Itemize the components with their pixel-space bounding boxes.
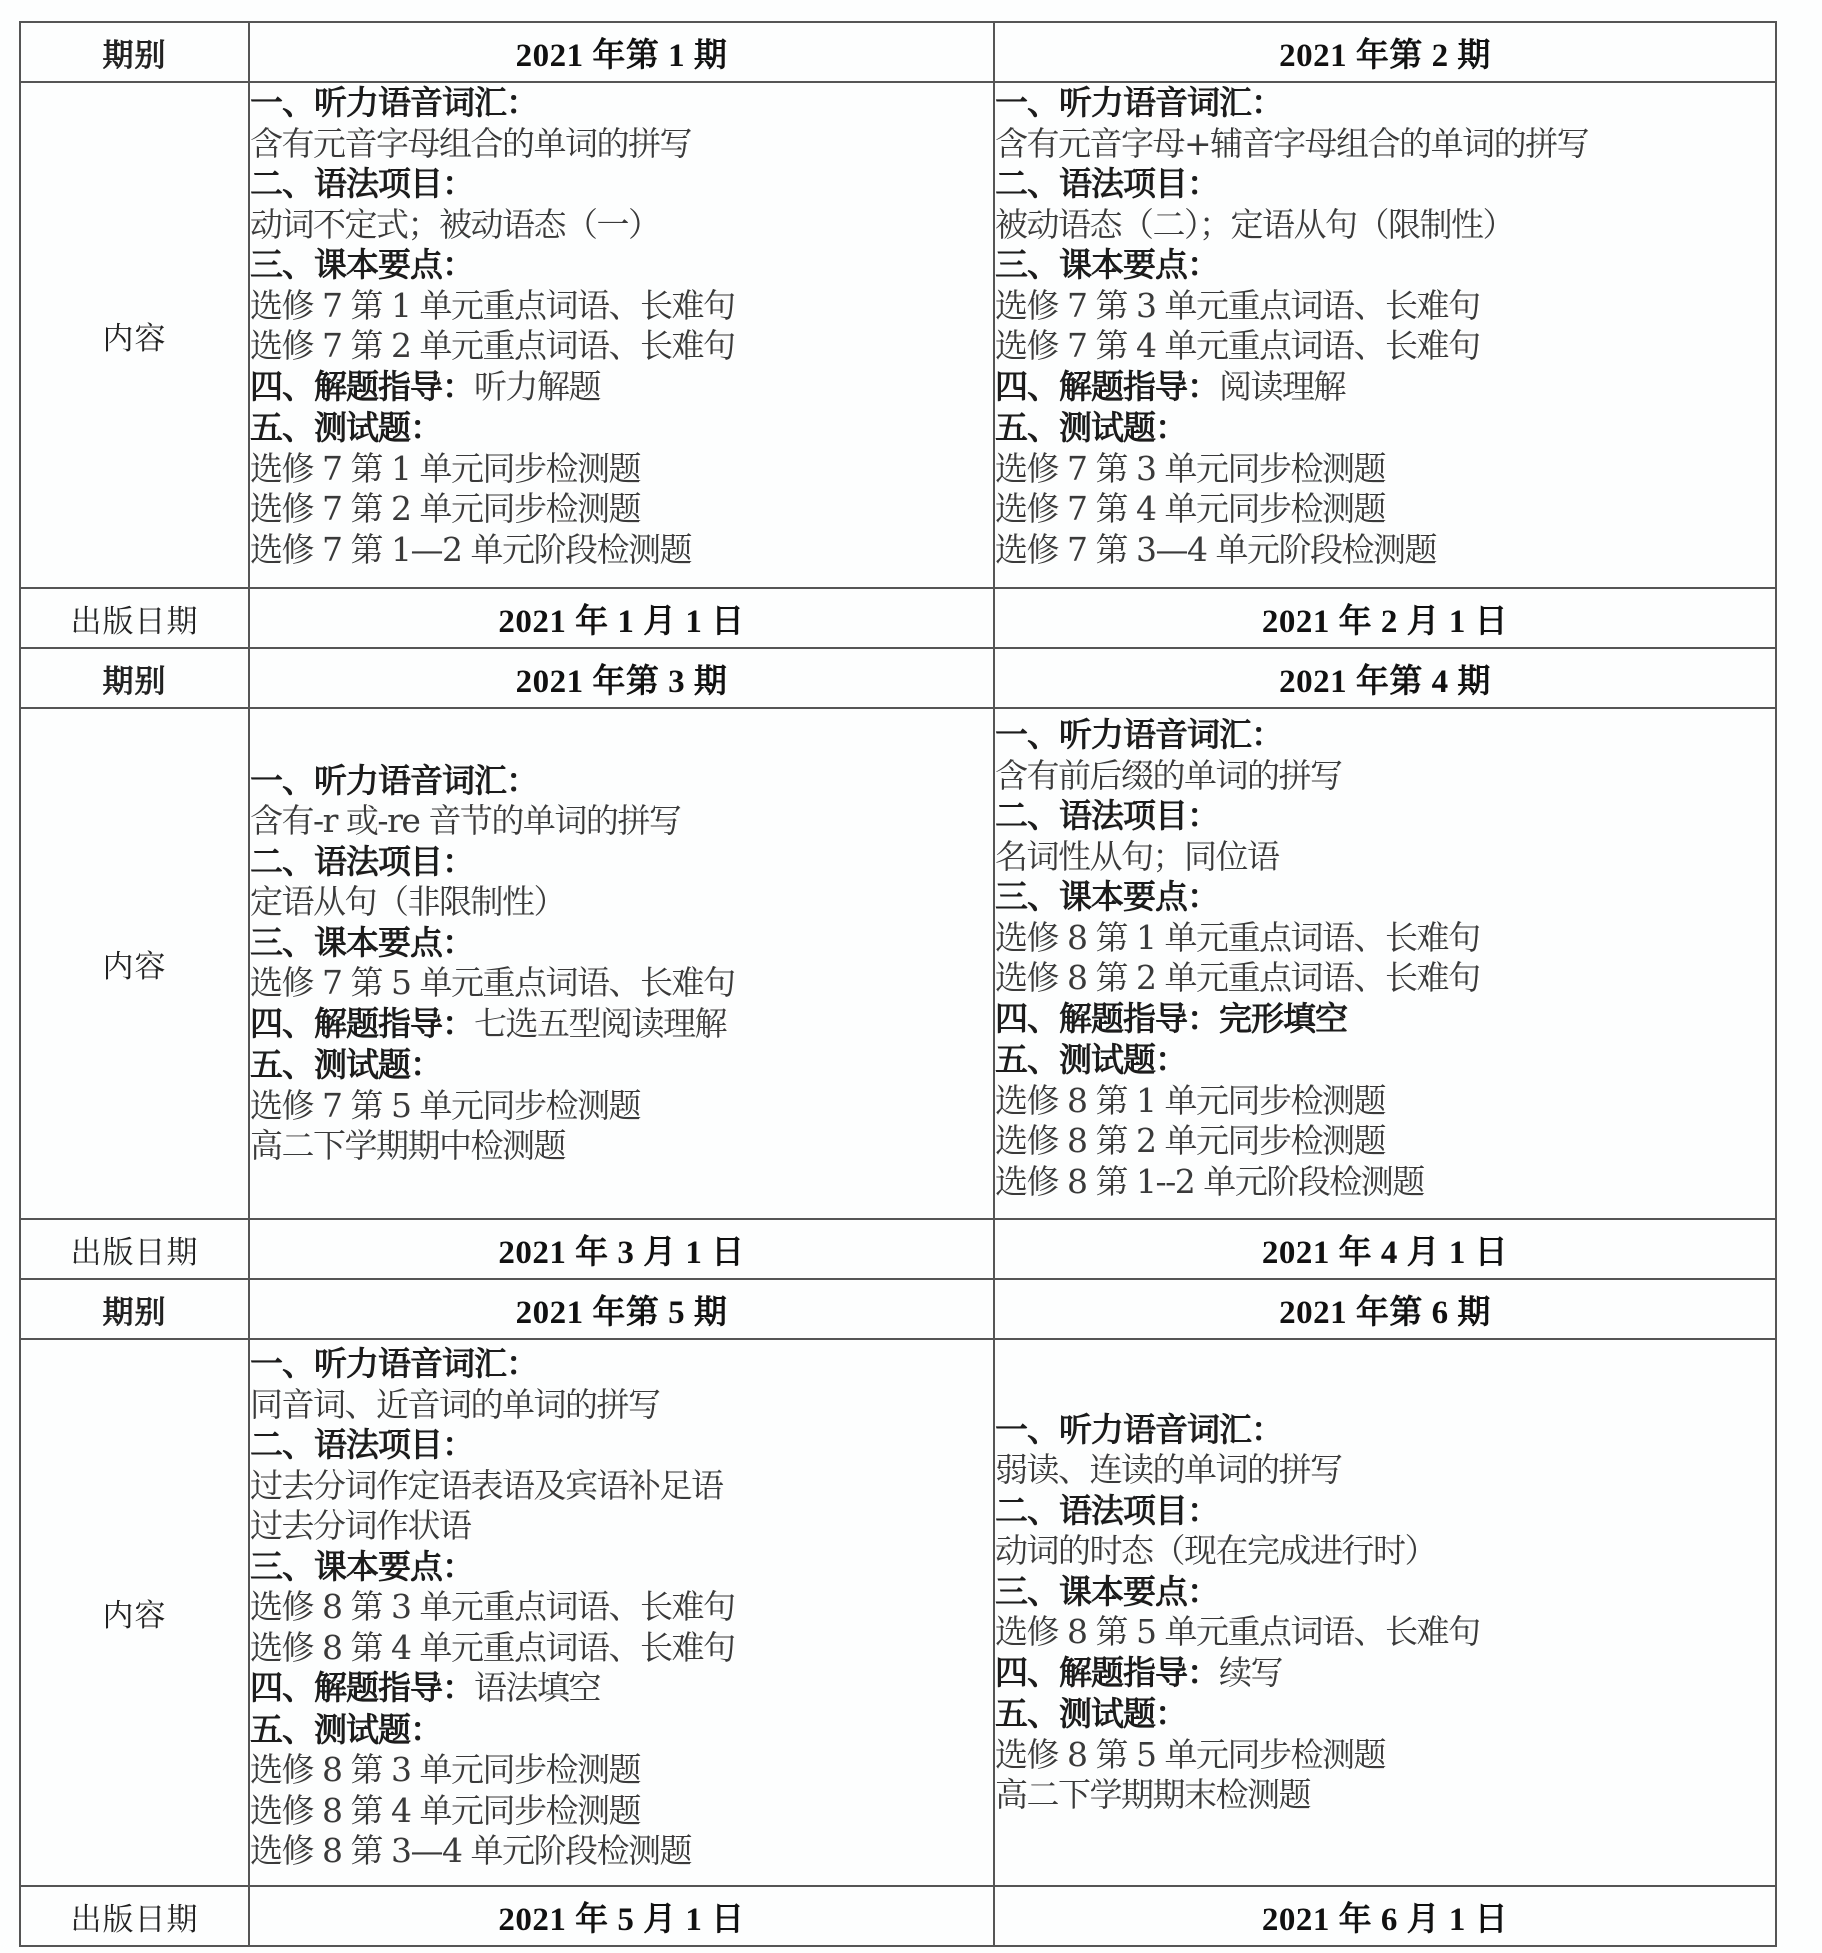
content-label: 内容: [20, 1339, 249, 1886]
guide-value: 续写: [1219, 1653, 1282, 1692]
section-heading-guide: 四、解题指导：: [995, 999, 1219, 1038]
test-item: 选修 7 第 1 单元同步检测题: [250, 449, 993, 490]
section-heading-textbook: 三、课本要点：: [250, 245, 993, 286]
guide-value: 听力解题: [474, 367, 600, 406]
publish-date-label: 出版日期: [20, 1886, 249, 1946]
period-label: 期别: [20, 1279, 249, 1339]
guide-line: 四、解题指导：完形填空: [995, 999, 1775, 1041]
period-left: 2021 年第 5 期: [249, 1279, 994, 1339]
test-item: 选修 8 第 5 单元同步检测题: [995, 1735, 1775, 1776]
period-right: 2021 年第 2 期: [994, 22, 1776, 82]
test-item: 选修 7 第 2 单元同步检测题: [250, 489, 993, 530]
guide-value: 完形填空: [1219, 999, 1347, 1038]
guide-line: 四、解题指导：听力解题: [250, 367, 993, 409]
publication-schedule-table: 期别 2021 年第 1 期 2021 年第 2 期 内容 一、听力语音词汇：含…: [19, 21, 1777, 1947]
content-row: 内容 一、听力语音词汇：含有元音字母组合的单词的拼写二、语法项目：动词不定式；被…: [20, 82, 1776, 588]
publish-date-label: 出版日期: [20, 588, 249, 648]
test-item: 选修 8 第 3—4 单元阶段检测题: [250, 1831, 993, 1872]
publish-date-left: 2021 年 5 月 1 日: [249, 1886, 994, 1946]
section-heading-listening: 一、听力语音词汇：: [995, 83, 1775, 124]
section-heading-test: 五、测试题：: [995, 408, 1775, 449]
content-right: 一、听力语音词汇：弱读、连读的单词的拼写二、语法项目：动词的时态（现在完成进行时…: [994, 1339, 1776, 1886]
textbook-item: 选修 7 第 4 单元重点词语、长难句: [995, 326, 1775, 367]
date-row: 出版日期 2021 年 5 月 1 日 2021 年 6 月 1 日: [20, 1886, 1776, 1946]
test-item: 选修 7 第 3 单元同步检测题: [995, 449, 1775, 490]
grammar-item: 动词的时态（现在完成进行时）: [995, 1531, 1775, 1572]
period-row: 期别 2021 年第 5 期 2021 年第 6 期: [20, 1279, 1776, 1339]
section-heading-test: 五、测试题：: [995, 1694, 1775, 1735]
section-heading-textbook: 三、课本要点：: [250, 1547, 993, 1588]
section-heading-listening: 一、听力语音词汇：: [250, 761, 993, 802]
test-item: 选修 8 第 2 单元同步检测题: [995, 1121, 1775, 1162]
content-left: 一、听力语音词汇：含有-r 或-re 音节的单词的拼写二、语法项目：定语从句（非…: [249, 708, 994, 1219]
publish-date-right: 2021 年 2 月 1 日: [994, 588, 1776, 648]
test-item: 选修 7 第 4 单元同步检测题: [995, 489, 1775, 530]
textbook-item: 选修 7 第 5 单元重点词语、长难句: [250, 963, 993, 1004]
period-right: 2021 年第 6 期: [994, 1279, 1776, 1339]
listening-item: 含有-r 或-re 音节的单词的拼写: [250, 801, 993, 842]
listening-item: 含有前后缀的单词的拼写: [995, 756, 1775, 797]
grammar-item: 动词不定式；被动语态（一）: [250, 205, 993, 246]
date-row: 出版日期 2021 年 3 月 1 日 2021 年 4 月 1 日: [20, 1219, 1776, 1279]
guide-line: 四、解题指导：阅读理解: [995, 367, 1775, 409]
publish-date-right: 2021 年 4 月 1 日: [994, 1219, 1776, 1279]
section-heading-grammar: 二、语法项目：: [250, 1425, 993, 1466]
period-right: 2021 年第 4 期: [994, 648, 1776, 708]
section-heading-grammar: 二、语法项目：: [250, 842, 993, 883]
section-heading-test: 五、测试题：: [250, 408, 993, 449]
content-right: 一、听力语音词汇：含有元音字母+辅音字母组合的单词的拼写二、语法项目：被动语态（…: [994, 82, 1776, 588]
test-item: 高二下学期期末检测题: [995, 1775, 1775, 1816]
section-heading-textbook: 三、课本要点：: [250, 923, 993, 964]
section-heading-grammar: 二、语法项目：: [995, 796, 1775, 837]
period-left: 2021 年第 1 期: [249, 22, 994, 82]
section-heading-listening: 一、听力语音词汇：: [995, 715, 1775, 756]
textbook-item: 选修 7 第 2 单元重点词语、长难句: [250, 326, 993, 367]
section-heading-grammar: 二、语法项目：: [995, 164, 1775, 205]
section-heading-test: 五、测试题：: [250, 1045, 993, 1086]
section-heading-textbook: 三、课本要点：: [995, 877, 1775, 918]
publish-date-label: 出版日期: [20, 1219, 249, 1279]
section-heading-guide: 四、解题指导：: [250, 367, 474, 406]
period-label: 期别: [20, 22, 249, 82]
section-heading-textbook: 三、课本要点：: [995, 245, 1775, 286]
test-item: 选修 7 第 5 单元同步检测题: [250, 1086, 993, 1127]
textbook-item: 选修 8 第 2 单元重点词语、长难句: [995, 958, 1775, 999]
guide-line: 四、解题指导：续写: [995, 1653, 1775, 1695]
test-item: 选修 8 第 4 单元同步检测题: [250, 1791, 993, 1832]
guide-value: 语法填空: [474, 1668, 600, 1707]
section-heading-guide: 四、解题指导：: [995, 367, 1219, 406]
guide-line: 四、解题指导：七选五型阅读理解: [250, 1004, 993, 1046]
listening-item: 含有元音字母组合的单词的拼写: [250, 124, 993, 165]
content-row: 内容 一、听力语音词汇：含有-r 或-re 音节的单词的拼写二、语法项目：定语从…: [20, 708, 1776, 1219]
publish-date-right: 2021 年 6 月 1 日: [994, 1886, 1776, 1946]
guide-line: 四、解题指导：语法填空: [250, 1668, 993, 1710]
section-heading-listening: 一、听力语音词汇：: [995, 1410, 1775, 1451]
date-row: 出版日期 2021 年 1 月 1 日 2021 年 2 月 1 日: [20, 588, 1776, 648]
content-label: 内容: [20, 82, 249, 588]
guide-value: 阅读理解: [1219, 367, 1345, 406]
textbook-item: 选修 8 第 4 单元重点词语、长难句: [250, 1628, 993, 1669]
section-heading-test: 五、测试题：: [250, 1710, 993, 1751]
test-item: 选修 8 第 1--2 单元阶段检测题: [995, 1162, 1775, 1203]
section-heading-test: 五、测试题：: [995, 1040, 1775, 1081]
section-heading-listening: 一、听力语音词汇：: [250, 83, 993, 124]
listening-item: 同音词、近音词的单词的拼写: [250, 1385, 993, 1426]
listening-item: 弱读、连读的单词的拼写: [995, 1450, 1775, 1491]
period-left: 2021 年第 3 期: [249, 648, 994, 708]
textbook-item: 选修 8 第 3 单元重点词语、长难句: [250, 1587, 993, 1628]
period-row: 期别 2021 年第 3 期 2021 年第 4 期: [20, 648, 1776, 708]
textbook-item: 选修 7 第 3 单元重点词语、长难句: [995, 286, 1775, 327]
section-heading-guide: 四、解题指导：: [250, 1004, 474, 1043]
content-left: 一、听力语音词汇：同音词、近音词的单词的拼写二、语法项目：过去分词作定语表语及宾…: [249, 1339, 994, 1886]
content-left: 一、听力语音词汇：含有元音字母组合的单词的拼写二、语法项目：动词不定式；被动语态…: [249, 82, 994, 588]
test-item: 高二下学期期中检测题: [250, 1126, 993, 1167]
textbook-item: 选修 8 第 1 单元重点词语、长难句: [995, 918, 1775, 959]
grammar-item: 过去分词作定语表语及宾语补足语: [250, 1466, 993, 1507]
section-heading-guide: 四、解题指导：: [995, 1653, 1219, 1692]
section-heading-guide: 四、解题指导：: [250, 1668, 474, 1707]
textbook-item: 选修 8 第 5 单元重点词语、长难句: [995, 1612, 1775, 1653]
test-item: 选修 7 第 1—2 单元阶段检测题: [250, 530, 993, 571]
listening-item: 含有元音字母+辅音字母组合的单词的拼写: [995, 124, 1775, 165]
grammar-item: 过去分词作状语: [250, 1506, 993, 1547]
textbook-item: 选修 7 第 1 单元重点词语、长难句: [250, 286, 993, 327]
content-label: 内容: [20, 708, 249, 1219]
period-row: 期别 2021 年第 1 期 2021 年第 2 期: [20, 22, 1776, 82]
section-heading-textbook: 三、课本要点：: [995, 1572, 1775, 1613]
guide-value: 七选五型阅读理解: [474, 1004, 726, 1043]
publish-date-left: 2021 年 3 月 1 日: [249, 1219, 994, 1279]
grammar-item: 定语从句（非限制性）: [250, 882, 993, 923]
publish-date-left: 2021 年 1 月 1 日: [249, 588, 994, 648]
grammar-item: 被动语态（二）；定语从句（限制性）: [995, 205, 1775, 246]
section-heading-grammar: 二、语法项目：: [995, 1491, 1775, 1532]
period-label: 期别: [20, 648, 249, 708]
content-row: 内容 一、听力语音词汇：同音词、近音词的单词的拼写二、语法项目：过去分词作定语表…: [20, 1339, 1776, 1886]
content-right: 一、听力语音词汇：含有前后缀的单词的拼写二、语法项目：名词性从句；同位语三、课本…: [994, 708, 1776, 1219]
section-heading-grammar: 二、语法项目：: [250, 164, 993, 205]
section-heading-listening: 一、听力语音词汇：: [250, 1344, 993, 1385]
grammar-item: 名词性从句；同位语: [995, 837, 1775, 878]
test-item: 选修 8 第 1 单元同步检测题: [995, 1081, 1775, 1122]
schedule-sheet: 期别 2021 年第 1 期 2021 年第 2 期 内容 一、听力语音词汇：含…: [19, 21, 1775, 1947]
test-item: 选修 8 第 3 单元同步检测题: [250, 1750, 993, 1791]
test-item: 选修 7 第 3—4 单元阶段检测题: [995, 530, 1775, 571]
